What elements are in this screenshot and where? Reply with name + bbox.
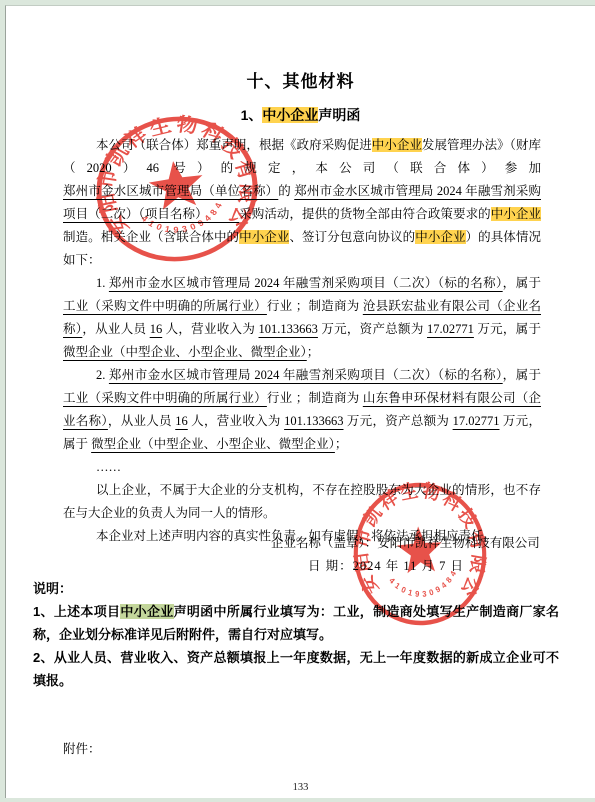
- text-segment: ，属于: [503, 368, 541, 382]
- attachment-label: 附件：: [63, 739, 101, 757]
- highlighted-text: 中小企业: [239, 230, 289, 244]
- highlighted-text: 中小企业: [415, 230, 465, 244]
- text-segment: 、签订分包意向协议的: [289, 230, 415, 244]
- company-name-line: 企业名称（盖章）：安阳市凯祥生物科技有限公司: [271, 533, 540, 551]
- text-segment: 行业 ；制造商为: [267, 391, 363, 405]
- text-segment: 采购活动，提供的货物全部由符合政策要求的: [239, 207, 491, 221]
- text-segment: 人，营业收入为: [188, 414, 284, 428]
- text-segment: 万元，资产总额为: [343, 414, 452, 428]
- ellipsis-line: ……: [63, 456, 541, 479]
- document-body: 本公司（联合体）郑重声明，根据《政府采购促进中小企业发展管理办法》（财库（202…: [63, 134, 541, 548]
- paragraph-item-2: 2. 郑州市金水区城市管理局 2024 年融雪剂采购项目（二次）（标的名称），属…: [63, 364, 541, 456]
- text-segment: 2.: [96, 368, 109, 382]
- highlighted-text: 中小企业: [372, 138, 422, 152]
- paragraph-declaration: 本公司（联合体）郑重声明，根据《政府采购促进中小企业发展管理办法》（财库（202…: [63, 134, 541, 272]
- underlined-field-value: 101.133663: [284, 414, 343, 428]
- section-title: 十、其他材料: [6, 67, 595, 92]
- text-segment: ；: [307, 345, 320, 359]
- text-segment: ，从业人员: [108, 414, 175, 428]
- text-segment: 制造。相关企业（含联合体中的: [63, 230, 239, 244]
- document-viewer: { "page": { "number": "133" }, "colors":…: [0, 0, 595, 802]
- text-segment: 万元，属于: [474, 322, 541, 336]
- highlighted-text: 中小企业: [262, 107, 318, 123]
- text-segment: ，从业人员: [82, 322, 149, 336]
- highlighted-text: 中小企业: [491, 207, 541, 221]
- text-segment: ，属于: [503, 276, 541, 290]
- text-segment: 声明函: [318, 107, 360, 123]
- underlined-field-value: 工业（采购文件中明确的所属行业）: [63, 299, 267, 313]
- date-line: 日 期：2024 年 11 月 7 日: [308, 556, 464, 574]
- text-segment: 本公司（联合体）郑重声明，根据《政府采购促进: [96, 138, 372, 152]
- text-segment: 1.: [96, 276, 109, 290]
- underlined-field-value: 郑州市金水区城市管理局 2024 年融雪剂采购项目（二次）（标的名称）: [109, 368, 503, 382]
- text-segment: 1、: [241, 107, 263, 123]
- highlighted-text: 中小企业: [120, 604, 173, 619]
- underlined-field-value: 微型企业（中型企业、小型企业、微型企业）: [63, 345, 307, 359]
- notes-section: 说明： 1、上述本项目中小企业声明函中所属行业填写为：工业，制造商处填写生产制造…: [33, 577, 559, 692]
- underlined-field-value: 工业（采购文件中明确的所属行业）: [63, 391, 267, 405]
- note-1: 1、上述本项目中小企业声明函中所属行业填写为：工业，制造商处填写生产制造商厂家名…: [33, 600, 559, 646]
- notes-heading: 说明：: [33, 577, 559, 600]
- text-segment: 万元，资产总额为: [318, 322, 427, 336]
- underlined-field-value: 郑州市金水区城市管理局 2024 年融雪剂采购项目（二次）（标的名称）: [109, 276, 503, 290]
- underlined-field-value: 郑州市金水区城市管理局（单位名称）: [63, 184, 278, 198]
- paragraph-item-1: 1. 郑州市金水区城市管理局 2024 年融雪剂采购项目（二次）（标的名称），属…: [63, 272, 541, 364]
- underlined-field-value: 微型企业（中型企业、小型企业、微型企业）: [91, 437, 335, 451]
- text-segment: ；: [335, 437, 348, 451]
- underlined-field-value: 17.02771: [427, 322, 474, 336]
- underlined-field-value: 101.133663: [259, 322, 318, 336]
- document-page: 十、其他材料 1、中小企业声明函 本公司（联合体）郑重声明，根据《政府采购促进中…: [5, 5, 595, 798]
- doc-subtitle: 1、中小企业声明函: [6, 105, 595, 125]
- text-segment: 人，营业收入为: [162, 322, 258, 336]
- underlined-field-value: 16: [150, 322, 163, 336]
- text-segment: 的: [278, 184, 294, 198]
- text-segment: 1、上述本项目: [33, 604, 120, 619]
- page-number: 133: [6, 782, 595, 793]
- underlined-field-value: 17.02771: [453, 414, 500, 428]
- underlined-field-value: 16: [175, 414, 188, 428]
- text-segment: 行业 ；制造商为: [267, 299, 363, 313]
- underlined-field-value: [201, 207, 239, 221]
- note-2: 2、从业人员、营业收入、资产总额填报上一年度数据，无上一年度数据的新成立企业可不…: [33, 646, 559, 692]
- paragraph-no-large-enterprise: 以上企业，不属于大企业的分支机构，不存在控股股东为大企业的情形，也不存在与大企业…: [63, 479, 541, 525]
